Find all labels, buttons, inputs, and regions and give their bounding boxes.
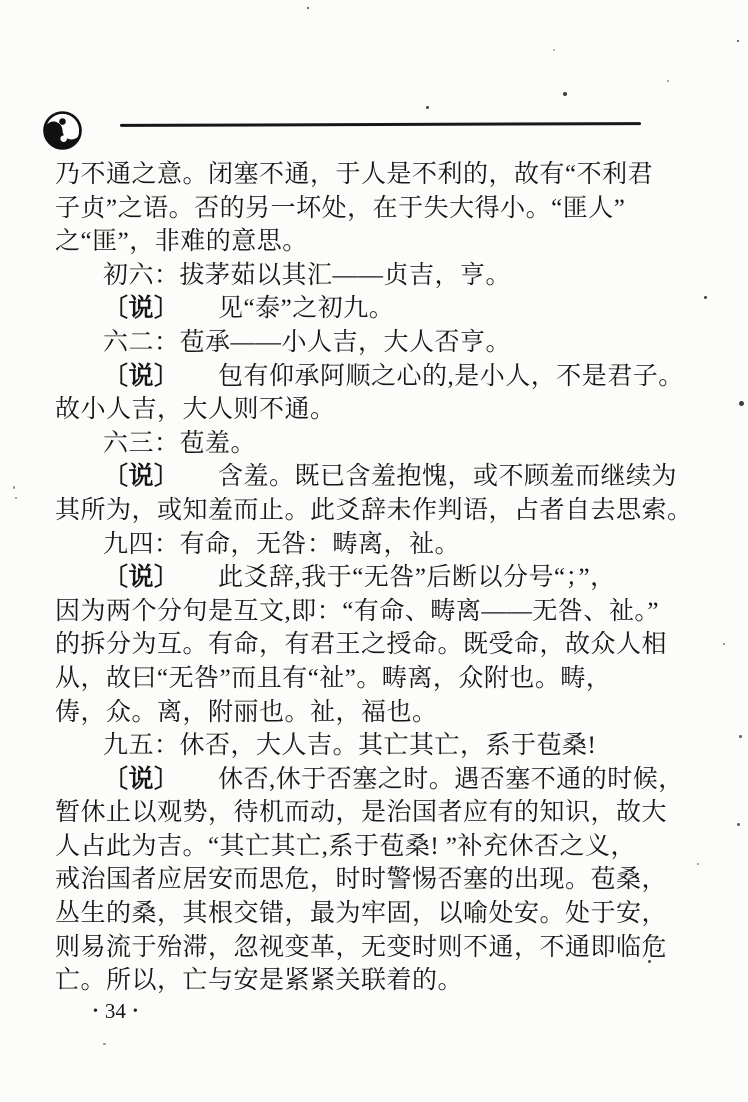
text-line: 〔说〕 此爻辞,我于“无咎”后断以分号“；”， (55, 561, 667, 595)
text-line: 戒治国者应居安而思危，时时警惕否塞的出现。苞桑， (55, 863, 667, 897)
text-line: 九四：有命，无咎：畴离，祉。 (55, 528, 667, 562)
text-line: 子贞”之语。否的另一坏处，在于失大得小。“匪人” (55, 192, 667, 226)
scan-speck (13, 486, 15, 489)
text-line: 从，故曰“无咎”而且有“祉”。畴离，众附也。畴， (55, 662, 667, 696)
scan-speck (737, 40, 739, 42)
scan-speck (739, 401, 744, 406)
text-line: 人占此为吉。“其亡其亡,系于苞桑! ”补充休否之义， (55, 830, 667, 864)
scan-speck (553, 49, 555, 51)
scan-speck (667, 80, 669, 82)
text-line: 〔说〕 包有仰承阿顺之心的,是小人，不是君子。 (55, 360, 667, 394)
scan-speck (648, 960, 651, 963)
text-line: 之“匪”，非难的意思。 (55, 225, 667, 259)
scan-speck (697, 863, 699, 865)
shuo-label: 〔说〕 (103, 363, 167, 390)
shuo-label: 〔说〕 (103, 564, 167, 591)
text-line: 暂休止以观势，待机而动，是治国者应有的知识，故大 (55, 796, 667, 830)
shuo-label: 〔说〕 (103, 766, 167, 793)
scan-speck (739, 735, 742, 738)
scan-speck (563, 92, 567, 96)
text-line: 丛生的桑，其根交错，最为牢固，以喻处安。处于安， (55, 897, 667, 931)
text-line: 六二：苞承——小人吉，大人否亨。 (55, 326, 667, 360)
taiji-yinyang-icon (43, 111, 82, 150)
text-line: 〔说〕 含羞。既已含羞抱愧，或不顾羞而继续为 (55, 460, 667, 494)
text-line: 其所为，或知羞而止。此爻辞未作判语，占者自去思索。 (55, 494, 667, 528)
text-line: 则易流于殆滞，忽视变革，无变时则不通，不通即临危 (55, 931, 667, 965)
text-line: 俦，众。离，附丽也。祉，福也。 (55, 696, 667, 730)
footer-bullet-right: • (126, 1004, 145, 1019)
scan-speck (103, 1043, 106, 1045)
scan-speck (15, 497, 17, 499)
text-line: 〔说〕 休否,休于否塞之时。遇否塞不通的时候， (55, 763, 667, 797)
scan-speck (307, 7, 309, 9)
text-line: 初六：拔茅茹以其汇——贞吉，亨。 (55, 259, 667, 293)
page-number: 34 (105, 999, 126, 1023)
shuo-label: 〔说〕 (103, 463, 167, 490)
text-line: 因为两个分句是互文,即：“有命、畴离——无咎、祉。” (55, 595, 667, 629)
scan-speck (737, 823, 740, 826)
text-line: 亡。所以，亡与安是紧紧关联着的。 (55, 964, 667, 998)
book-page: 乃不通之意。闭塞不通，于人是不利的，故有“不利君子贞”之语。否的另一坏处，在于失… (0, 0, 748, 1102)
page-footer: •34• (86, 999, 145, 1024)
text-line: 故小人吉，大人则不通。 (55, 393, 667, 427)
text-line: 〔说〕 见“泰”之初九。 (55, 292, 667, 326)
text-line: 乃不通之意。闭塞不通，于人是不利的，故有“不利君 (55, 158, 667, 192)
text-line: 九五：休否，大人吉。其亡其亡，系于苞桑! (55, 729, 667, 763)
scan-speck (723, 643, 725, 645)
scan-speck (426, 106, 429, 109)
text-line: 的拆分为互。有命，有君王之授命。既受命，故众人相 (55, 628, 667, 662)
text-block: 乃不通之意。闭塞不通，于人是不利的，故有“不利君子贞”之语。否的另一坏处，在于失… (55, 158, 667, 998)
footer-bullet-left: • (86, 1004, 105, 1019)
header-rule (120, 122, 641, 127)
shuo-label: 〔说〕 (103, 295, 167, 322)
text-line: 六三：苞羞。 (55, 427, 667, 461)
scan-speck (704, 296, 707, 299)
